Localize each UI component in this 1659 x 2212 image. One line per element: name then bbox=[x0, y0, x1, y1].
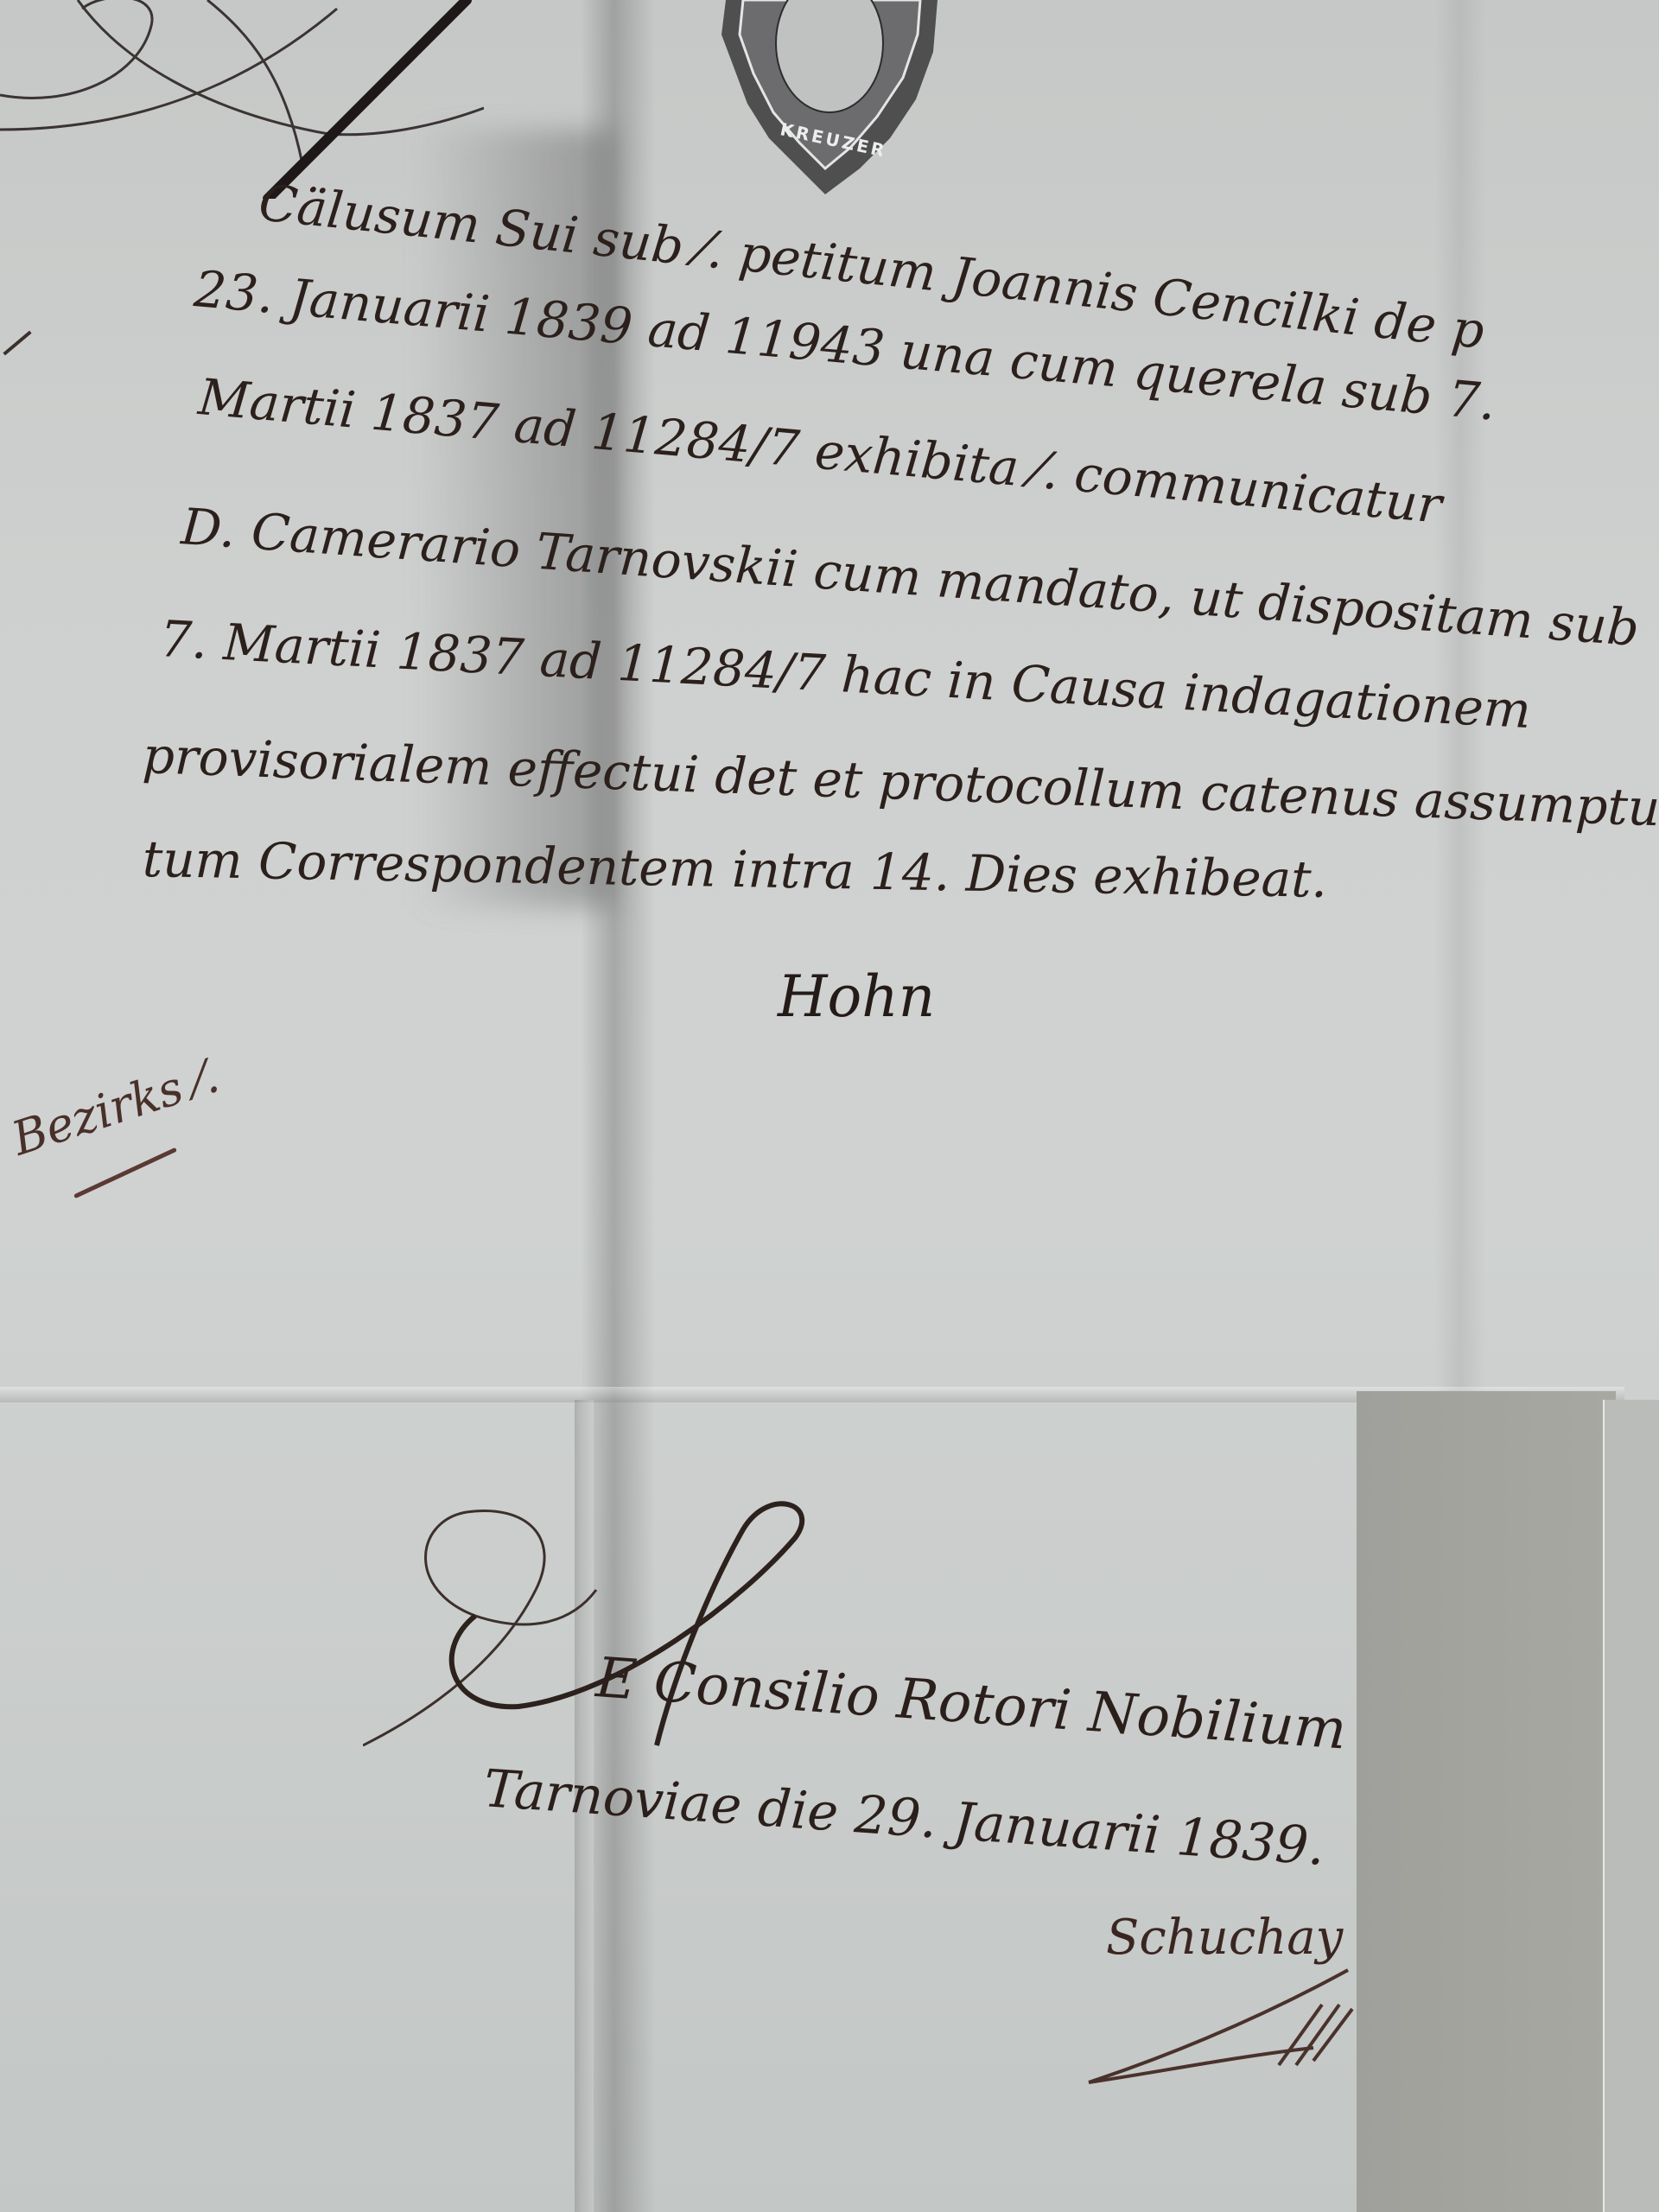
signature-flourish-icon bbox=[1063, 1953, 1391, 2091]
kreuzer-stamp: KREUZER bbox=[709, 0, 942, 194]
revenue-stamp-icon bbox=[709, 0, 942, 194]
signature-hohn: Hohn bbox=[778, 963, 935, 1030]
underlying-sheet-edge bbox=[1603, 1400, 1659, 2212]
flourish-ornament-icon bbox=[0, 0, 484, 199]
shadowed-fold-panel bbox=[1357, 1391, 1616, 2212]
